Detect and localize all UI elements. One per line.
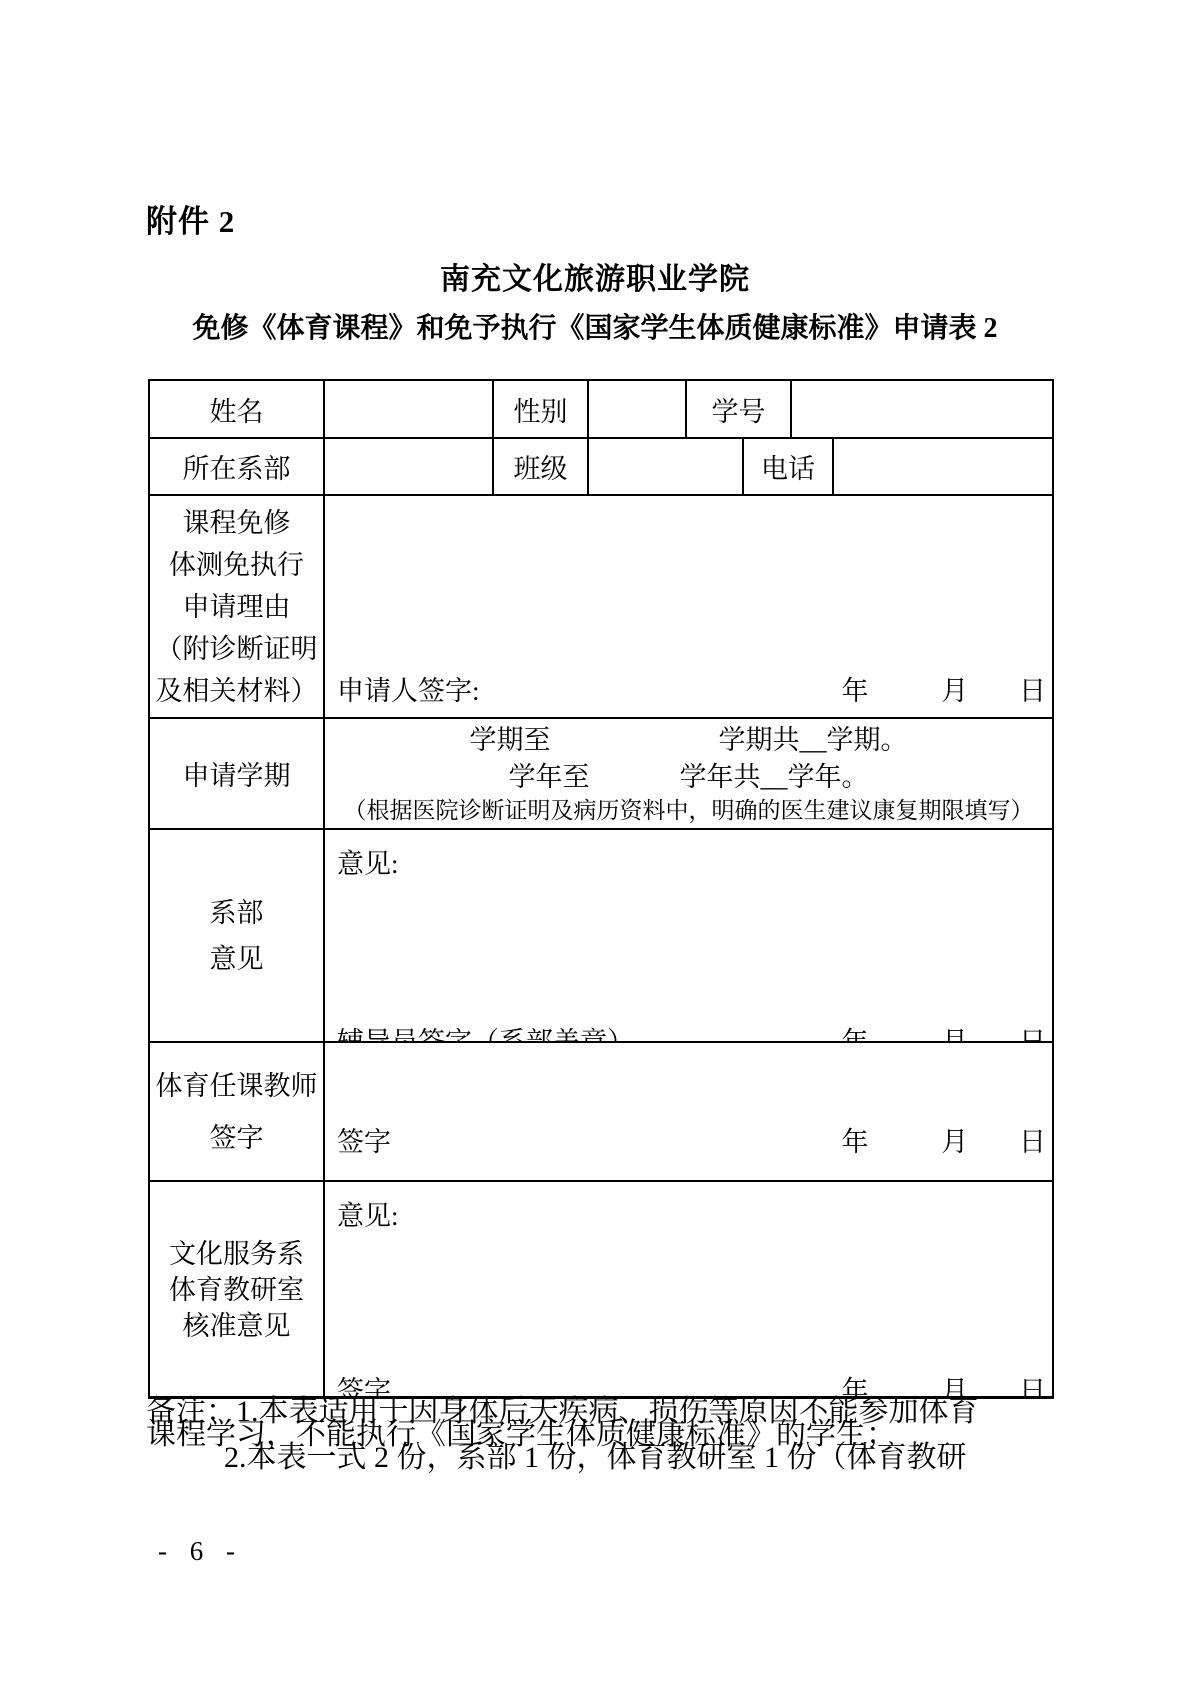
day-label: 日 [1019,1376,1046,1397]
pe-teacher-label-line: 签字 [210,1112,264,1164]
application-form-table: 姓名 性别 学号 所在系部 班级 电话 课程免修 体测免执行 申请理由 （附诊断… [148,379,1054,1399]
class-value-cell [589,439,744,494]
approval-label-line: 文化服务系 [169,1236,304,1272]
pe-teacher-content-cell: 签字 年 月 日 [325,1043,1052,1180]
row-pe-teacher: 体育任课教师 签字 签字 年 月 日 [150,1043,1052,1182]
day-label: 日 [1019,1027,1046,1041]
row-basic-info-1: 姓名 性别 学号 [150,381,1052,439]
name-value-cell [325,381,494,437]
reason-content-cell: 申请人签字: 年 月 日 [325,496,1052,717]
attachment-label: 附件 2 [146,196,235,241]
dept-signature-line: 辅导员签字（系部盖章） 年 月 日 [337,1028,1046,1041]
approval-label-line: 核准意见 [183,1308,291,1344]
gender-label-cell: 性别 [494,381,589,437]
class-label-cell: 班级 [494,439,589,494]
dept-opinion-text-label: 意见: [337,842,399,881]
schoolyear-from-label: 学年至 [509,759,590,796]
remarks-block: 备注：1.本表适用于因身体后天疾病、损伤等原因不能参加体育 课程学习，不能执行《… [146,1400,1056,1469]
reason-label-line: （附诊断证明 [156,628,318,670]
semester-line-1: 学期至 学期共__学期。 [470,722,908,759]
pe-teacher-signature-line: 签字 年 月 日 [337,1128,1046,1156]
dept-opinion-label-cell: 系部 意见 [150,830,325,1041]
applicant-sign-label: 申请人签字: [337,677,480,705]
counselor-sign-label: 辅导员签字（系部盖章） [337,1028,634,1041]
semester-content-cell: 学期至 学期共__学期。 学年至 学年共__学年。 （根据医院诊断证明及病历资料… [325,719,1052,828]
dept-opinion-label-line: 意见 [210,936,264,982]
page-number: - 6 - [158,1536,243,1567]
pe-teacher-label-line: 体育任课教师 [156,1060,318,1112]
month-label: 月 [941,1027,968,1041]
reason-label-line: 课程免修 [183,502,291,544]
semester-line-2: 学年至 学年共__学年。 [509,759,869,796]
page-subtitle: 免修《体育课程》和免予执行《国家学生体质健康标准》申请表 2 [0,306,1190,346]
date-fields: 年 月 日 [842,1377,1047,1397]
approval-signature-line: 签字 年 月 日 [337,1377,1046,1397]
student-id-label-cell: 学号 [687,381,792,437]
row-department-opinion: 系部 意见 意见: 辅导员签字（系部盖章） 年 月 日 [150,830,1052,1043]
approval-label-line: 体育教研室 [169,1272,304,1308]
page-title: 南充文化旅游职业学院 [0,254,1190,298]
department-label-cell: 所在系部 [150,439,325,494]
semester-note: （根据医院诊断证明及病历资料中，明确的医生建议康复期限填写） [344,796,1034,826]
pe-teacher-label-cell: 体育任课教师 签字 [150,1043,325,1180]
year-label: 年 [842,676,869,706]
row-basic-info-2: 所在系部 班级 电话 [150,439,1052,496]
month-label: 月 [941,1376,968,1397]
year-label: 年 [842,1127,869,1157]
date-fields: 年 月 日 [842,677,1047,705]
department-value-cell [325,439,494,494]
approval-opinion-label: 意见: [337,1194,399,1233]
schoolyear-total-label: 学年共__学年。 [680,759,869,796]
row-semester: 申请学期 学期至 学期共__学期。 学年至 学年共__学年。 （根据医院诊断证明… [150,719,1052,830]
year-label: 年 [842,1376,869,1397]
reason-label-line: 及相关材料） [156,670,318,712]
remarks-line-3: 2.本表一式 2 份，系部 1 份，体育教研室 1 份（体育教研 [146,1446,1056,1469]
date-fields: 年 月 日 [842,1128,1047,1156]
phone-label-cell: 电话 [744,439,834,494]
approval-sign-label: 签字 [337,1377,391,1397]
semester-total-label: 学期共__学期。 [719,722,908,759]
month-label: 月 [941,676,968,706]
student-id-value-cell [792,381,1052,437]
row-approval: 文化服务系 体育教研室 核准意见 意见: 签字 年 月 日 [150,1182,1052,1397]
reason-label-cell: 课程免修 体测免执行 申请理由 （附诊断证明 及相关材料） [150,496,325,717]
name-label-cell: 姓名 [150,381,325,437]
reason-label-line: 体测免执行 [169,544,304,586]
semester-from-label: 学期至 [470,722,551,759]
row-exemption-reason: 课程免修 体测免执行 申请理由 （附诊断证明 及相关材料） 申请人签字: 年 月… [150,496,1052,719]
year-label: 年 [842,1027,869,1041]
day-label: 日 [1019,1127,1046,1157]
month-label: 月 [941,1127,968,1157]
approval-label-cell: 文化服务系 体育教研室 核准意见 [150,1182,325,1397]
phone-value-cell [834,439,1052,494]
document-page: 附件 2 南充文化旅游职业学院 免修《体育课程》和免予执行《国家学生体质健康标准… [0,0,1190,1683]
applicant-signature-line: 申请人签字: 年 月 日 [337,677,1046,705]
semester-label-cell: 申请学期 [150,719,325,828]
day-label: 日 [1019,676,1046,706]
dept-opinion-content-cell: 意见: 辅导员签字（系部盖章） 年 月 日 [325,830,1052,1041]
date-fields: 年 月 日 [842,1028,1047,1041]
approval-content-cell: 意见: 签字 年 月 日 [325,1182,1052,1397]
dept-opinion-label-line: 系部 [210,890,264,936]
reason-label-line: 申请理由 [183,586,291,628]
gender-value-cell [589,381,687,437]
pe-teacher-sign-label: 签字 [337,1128,391,1156]
